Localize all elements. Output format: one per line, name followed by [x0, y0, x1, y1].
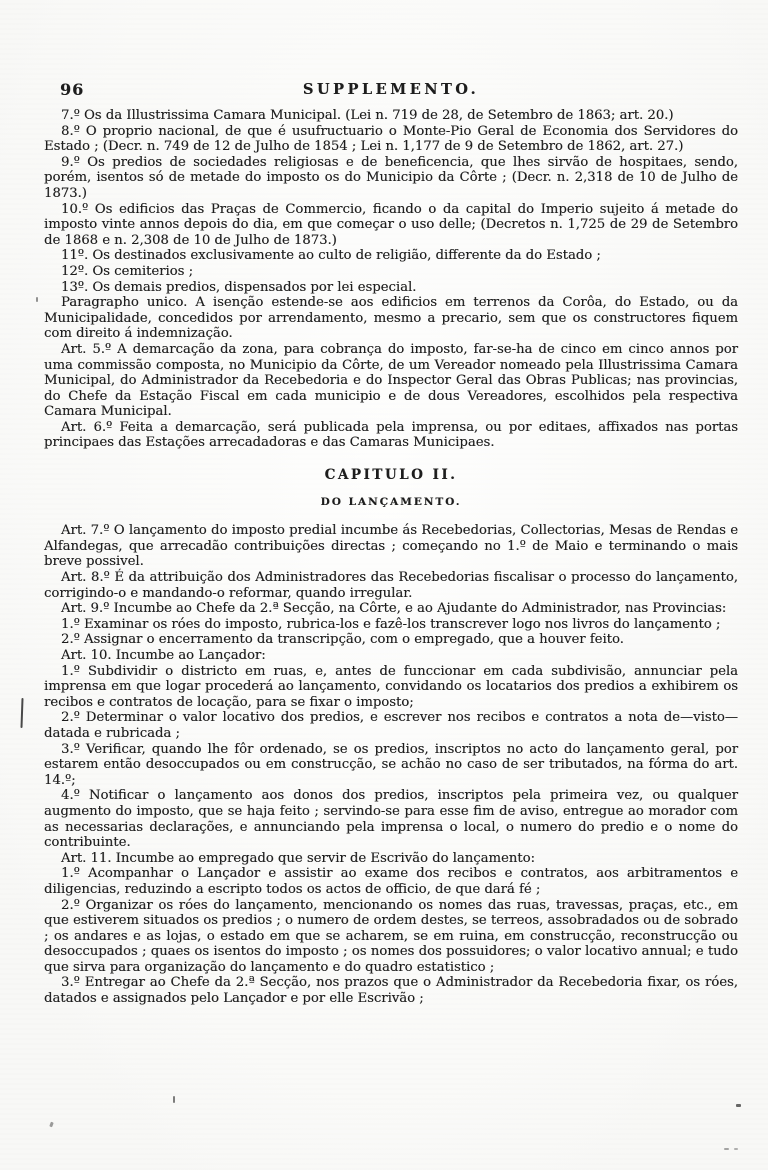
scan-speck	[736, 1104, 741, 1107]
chapter-subtitle: DO LANÇAMENTO.	[44, 495, 738, 511]
paragraph: Art. 7.º O lançamento do imposto predial…	[44, 523, 738, 570]
paragraph: 2.º Organizar os róes do lançamento, men…	[44, 898, 738, 976]
paragraph: 10.º Os edificios das Praças de Commerci…	[44, 202, 738, 249]
paragraph: 3.º Entregar ao Chefe da 2.ª Secção, nos…	[44, 975, 738, 1006]
paragraph: 1.º Acompanhar o Lançador e assistir ao …	[44, 866, 738, 897]
paragraph: Art. 11. Incumbe ao empregado que servir…	[44, 851, 738, 867]
page-header: 96 SUPPLEMENTO.	[44, 80, 738, 102]
scan-speck	[36, 297, 38, 302]
scan-speck	[734, 1148, 738, 1150]
scan-speck	[724, 1148, 729, 1150]
paragraph: 2.º Determinar o valor locativo dos pred…	[44, 710, 738, 741]
paragraph: 2.º Assignar o encerramento da transcrip…	[44, 632, 738, 648]
scan-speck	[497, 131, 500, 134]
paragraph: 9.º Os predios de sociedades religiosas …	[44, 155, 738, 202]
scan-speck	[173, 1096, 175, 1103]
paragraph: 13º. Os demais predios, dispensados por …	[44, 280, 738, 296]
paragraph: Art. 9.º Incumbe ao Chefe da 2.ª Secção,…	[44, 601, 738, 617]
margin-stroke-artifact	[20, 698, 23, 728]
paragraph: Art. 6.º Feita a demarcação, será public…	[44, 420, 738, 451]
paragraph: 3.º Verificar, quando lhe fôr ordenado, …	[44, 742, 738, 789]
paragraph: 8.º O proprio nacional, de que é usufruc…	[44, 124, 738, 155]
paragraph: Art. 8.º É da attribuição dos Administra…	[44, 570, 738, 601]
page-title: SUPPLEMENTO.	[44, 81, 738, 98]
paragraph: Art. 5.º A demarcação da zona, para cobr…	[44, 342, 738, 420]
document-body: 7.º Os da Illustrissima Camara Municipal…	[44, 108, 738, 1007]
paragraph: 1.º Subdividir o districto em ruas, e, a…	[44, 664, 738, 711]
paragraph: 12º. Os cemiterios ;	[44, 264, 738, 280]
chapter-title: CAPITULO II.	[44, 468, 738, 484]
scanned-document-page: 96 SUPPLEMENTO. 7.º Os da Illustrissima …	[0, 0, 768, 1170]
paragraph: 7.º Os da Illustrissima Camara Municipal…	[44, 108, 738, 124]
paragraph: Art. 10. Incumbe ao Lançador:	[44, 648, 738, 664]
paragraph: Paragrapho unico. A isenção estende-se a…	[44, 295, 738, 342]
scan-speck	[49, 1122, 54, 1128]
paragraph: 11º. Os destinados exclusivamente ao cul…	[44, 248, 738, 264]
paragraph: 1.º Examinar os róes do imposto, rubrica…	[44, 617, 738, 633]
paragraph: 4.º Notificar o lançamento aos donos dos…	[44, 788, 738, 850]
